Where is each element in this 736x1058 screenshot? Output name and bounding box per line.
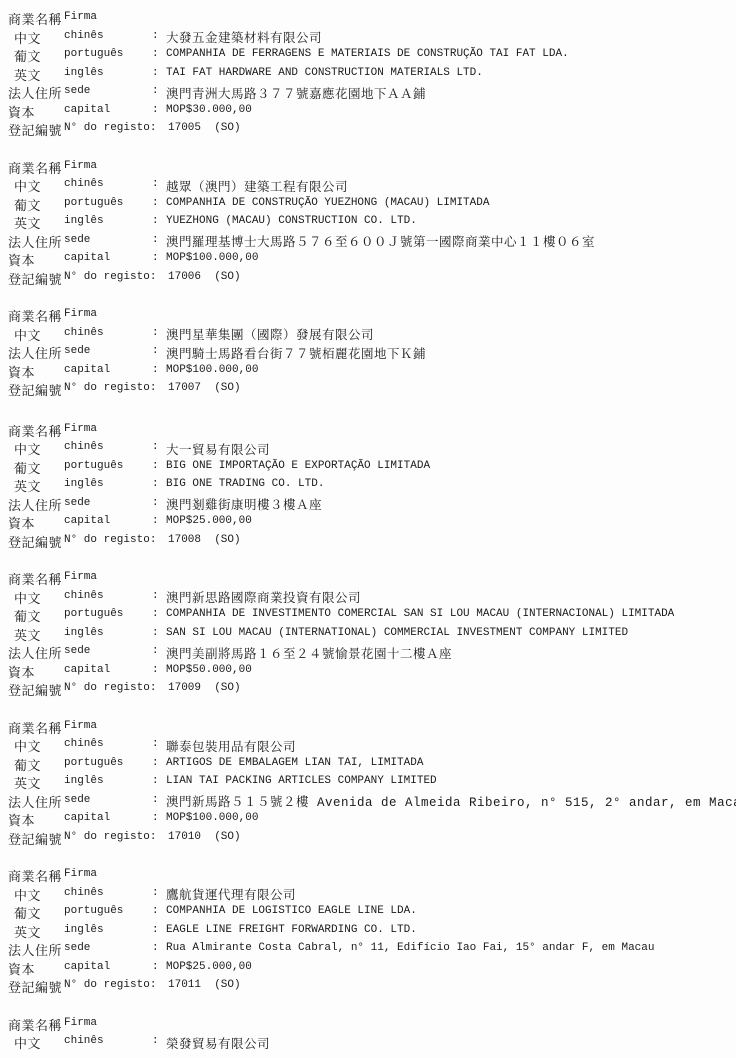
- field-label-pt: Firma: [64, 1017, 97, 1029]
- field-value: COMPANHIA DE CONSTRUÇÃO YUEZHONG (MACAU)…: [166, 197, 489, 209]
- field-row-firma: 商業名稱Firma: [0, 1014, 736, 1033]
- colon-separator: :: [152, 794, 159, 806]
- field-value: MOP$100.000,00: [166, 252, 258, 264]
- field-label-pt: N° do registo:: [64, 682, 156, 694]
- colon-separator: :: [152, 961, 159, 973]
- field-value: 17011 (SO): [168, 979, 241, 991]
- colon-separator: :: [152, 478, 159, 490]
- field-value: MOP$50.000,00: [166, 664, 252, 676]
- field-row-portuguese: 葡文português:COMPANHIA DE LOGISTICO EAGLE…: [0, 902, 736, 921]
- field-label-zh: 商業名稱: [8, 569, 62, 588]
- field-label-zh: 葡文: [14, 606, 41, 625]
- field-value: 越眾（澳門）建築工程有限公司: [166, 177, 348, 195]
- field-row-capital: 資本capital:MOP$100.000,00: [0, 361, 736, 380]
- colon-separator: :: [152, 178, 159, 190]
- registry-entry: 商業名稱Firma中文chinês:大發五金建築材料有限公司葡文portuguê…: [0, 8, 736, 138]
- field-label-pt: sede: [64, 645, 90, 657]
- field-row-capital: 資本capital:MOP$25.000,00: [0, 958, 736, 977]
- field-label-pt: inglês: [64, 67, 104, 79]
- field-row-registo: 登記編號N° do registo:17011 (SO): [0, 976, 736, 995]
- field-value: 澳門剗雞街康明樓３樓Ａ座: [166, 495, 322, 513]
- field-label-pt: capital: [64, 515, 110, 527]
- field-row-sede: 法人住所sede:澳門美副將馬路１６至２４號愉景花園十二樓Ａ座: [0, 642, 736, 661]
- field-label-zh: 中文: [14, 1033, 41, 1052]
- field-label-zh: 葡文: [14, 46, 41, 65]
- field-label-zh: 法人住所: [8, 232, 62, 251]
- registry-entry: 商業名稱Firma中文chinês:澳門新思路國際商業投資有限公司葡文portu…: [0, 568, 736, 698]
- field-label-zh: 登記編號: [8, 269, 62, 288]
- field-label-pt: chinês: [64, 441, 104, 453]
- field-label-pt: português: [64, 48, 123, 60]
- field-value: 17005 (SO): [168, 122, 241, 134]
- field-label-zh: 法人住所: [8, 495, 62, 514]
- field-row-firma: 商業名稱Firma: [0, 8, 736, 27]
- field-row-registo: 登記編號N° do registo:17006 (SO): [0, 268, 736, 287]
- field-label-zh: 資本: [8, 250, 35, 269]
- business-registry-document: 商業名稱Firma中文chinês:大發五金建築材料有限公司葡文portuguê…: [0, 0, 736, 1051]
- field-value: MOP$25.000,00: [166, 515, 252, 527]
- field-label-zh: 英文: [14, 773, 41, 792]
- field-label-zh: 葡文: [14, 195, 41, 214]
- colon-separator: :: [152, 197, 159, 209]
- field-row-capital: 資本capital:MOP$50.000,00: [0, 661, 736, 680]
- field-label-zh: 法人住所: [8, 83, 62, 102]
- field-value: 澳門星華集團（國際）發展有限公司: [166, 325, 374, 343]
- field-label-pt: português: [64, 197, 123, 209]
- field-row-firma: 商業名稱Firma: [0, 865, 736, 884]
- field-row-portuguese: 葡文português:COMPANHIA DE FERRAGENS E MAT…: [0, 45, 736, 64]
- field-label-pt: português: [64, 460, 123, 472]
- field-label-pt: português: [64, 905, 123, 917]
- field-label-pt: N° do registo:: [64, 382, 156, 394]
- field-label-pt: sede: [64, 794, 90, 806]
- field-row-registo: 登記編號N° do registo:17010 (SO): [0, 828, 736, 847]
- field-label-zh: 商業名稱: [8, 421, 62, 440]
- field-row-portuguese: 葡文português:ARTIGOS DE EMBALAGEM LIAN TA…: [0, 754, 736, 773]
- field-row-chinese: 中文chinês:榮發貿易有限公司: [0, 1032, 736, 1051]
- colon-separator: :: [152, 345, 159, 357]
- field-label-zh: 英文: [14, 65, 41, 84]
- field-label-zh: 英文: [14, 922, 41, 941]
- field-label-pt: Firma: [64, 308, 97, 320]
- colon-separator: :: [152, 234, 159, 246]
- field-label-pt: sede: [64, 234, 90, 246]
- field-value: MOP$100.000,00: [166, 364, 258, 376]
- field-row-firma: 商業名稱Firma: [0, 157, 736, 176]
- field-row-firma: 商業名稱Firma: [0, 568, 736, 587]
- field-label-pt: capital: [64, 812, 110, 824]
- field-value: 17010 (SO): [168, 831, 241, 843]
- field-label-zh: 登記編號: [8, 977, 62, 996]
- field-row-sede: 法人住所sede:澳門青洲大馬路３７７號嘉應花園地下ＡＡ鋪: [0, 82, 736, 101]
- field-row-registo: 登記編號N° do registo:17009 (SO): [0, 679, 736, 698]
- field-value: BIG ONE TRADING CO. LTD.: [166, 478, 324, 490]
- field-label-pt: inglês: [64, 478, 104, 490]
- field-label-pt: Firma: [64, 11, 97, 23]
- field-row-portuguese: 葡文português:COMPANHIA DE INVESTIMENTO CO…: [0, 605, 736, 624]
- field-row-english: 英文inglês:TAI FAT HARDWARE AND CONSTRUCTI…: [0, 64, 736, 83]
- field-label-zh: 商業名稱: [8, 9, 62, 28]
- field-label-pt: capital: [64, 664, 110, 676]
- colon-separator: :: [152, 905, 159, 917]
- field-label-pt: N° do registo:: [64, 831, 156, 843]
- field-label-pt: Firma: [64, 423, 97, 435]
- field-label-zh: 資本: [8, 102, 35, 121]
- field-value: COMPANHIA DE FERRAGENS E MATERIAIS DE CO…: [166, 48, 569, 60]
- colon-separator: :: [152, 608, 159, 620]
- field-row-chinese: 中文chinês:聯泰包裝用品有限公司: [0, 735, 736, 754]
- field-value: 聯泰包裝用品有限公司: [166, 737, 296, 755]
- field-row-sede: 法人住所sede:澳門騎士馬路看台街７７號栢麗花園地下Ｋ鋪: [0, 342, 736, 361]
- field-label-zh: 登記編號: [8, 532, 62, 551]
- field-label-zh: 英文: [14, 476, 41, 495]
- field-row-sede: 法人住所sede:澳門羅理基博士大馬路５７６至６００Ｊ號第一國際商業中心１１樓０…: [0, 231, 736, 250]
- colon-separator: :: [152, 887, 159, 899]
- field-value: 澳門新思路國際商業投資有限公司: [166, 588, 361, 606]
- colon-separator: :: [152, 364, 159, 376]
- field-label-zh: 資本: [8, 662, 35, 681]
- field-row-chinese: 中文chinês:鷹航貨運代理有限公司: [0, 884, 736, 903]
- field-value: SAN SI LOU MACAU (INTERNATIONAL) COMMERC…: [166, 627, 628, 639]
- field-label-pt: chinês: [64, 178, 104, 190]
- field-label-zh: 登記編號: [8, 680, 62, 699]
- colon-separator: :: [152, 215, 159, 227]
- field-row-capital: 資本capital:MOP$25.000,00: [0, 512, 736, 531]
- field-label-pt: capital: [64, 961, 110, 973]
- colon-separator: :: [152, 942, 159, 954]
- field-row-english: 英文inglês:BIG ONE TRADING CO. LTD.: [0, 475, 736, 494]
- field-value: YUEZHONG (MACAU) CONSTRUCTION CO. LTD.: [166, 215, 417, 227]
- field-row-portuguese: 葡文português:COMPANHIA DE CONSTRUÇÃO YUEZ…: [0, 194, 736, 213]
- field-row-chinese: 中文chinês:澳門星華集團（國際）發展有限公司: [0, 324, 736, 343]
- field-label-zh: 商業名稱: [8, 866, 62, 885]
- field-value: EAGLE LINE FREIGHT FORWARDING CO. LTD.: [166, 924, 417, 936]
- field-value: 榮發貿易有限公司: [166, 1034, 270, 1052]
- colon-separator: :: [152, 48, 159, 60]
- field-row-capital: 資本capital:MOP$100.000,00: [0, 249, 736, 268]
- field-label-zh: 資本: [8, 959, 35, 978]
- field-value: LIAN TAI PACKING ARTICLES COMPANY LIMITE…: [166, 775, 437, 787]
- field-value: 大一貿易有限公司: [166, 440, 270, 458]
- field-value: 大發五金建築材料有限公司: [166, 28, 322, 46]
- colon-separator: :: [152, 441, 159, 453]
- colon-separator: :: [152, 738, 159, 750]
- field-label-zh: 葡文: [14, 458, 41, 477]
- field-value: 17006 (SO): [168, 271, 241, 283]
- field-label-zh: 法人住所: [8, 940, 62, 959]
- field-label-pt: chinês: [64, 887, 104, 899]
- field-row-capital: 資本capital:MOP$30.000,00: [0, 101, 736, 120]
- field-label-zh: 中文: [14, 176, 41, 195]
- field-label-pt: sede: [64, 345, 90, 357]
- field-row-firma: 商業名稱Firma: [0, 717, 736, 736]
- registry-entry: 商業名稱Firma中文chinês:澳門星華集團（國際）發展有限公司法人住所se…: [0, 305, 736, 398]
- colon-separator: :: [152, 812, 159, 824]
- field-value: 17009 (SO): [168, 682, 241, 694]
- field-label-pt: Firma: [64, 720, 97, 732]
- field-label-pt: capital: [64, 364, 110, 376]
- field-label-pt: N° do registo:: [64, 979, 156, 991]
- registry-entry: 商業名稱Firma中文chinês:榮發貿易有限公司: [0, 1014, 736, 1051]
- field-label-pt: chinês: [64, 738, 104, 750]
- colon-separator: :: [152, 627, 159, 639]
- colon-separator: :: [152, 590, 159, 602]
- field-row-portuguese: 葡文português:BIG ONE IMPORTAÇÃO E EXPORTA…: [0, 457, 736, 476]
- field-row-sede: 法人住所sede:澳門新馬路５１５號２樓 Avenida de Almeida …: [0, 791, 736, 810]
- field-label-zh: 登記編號: [8, 120, 62, 139]
- field-label-zh: 商業名稱: [8, 306, 62, 325]
- colon-separator: :: [152, 664, 159, 676]
- field-value: TAI FAT HARDWARE AND CONSTRUCTION MATERI…: [166, 67, 483, 79]
- field-value: MOP$100.000,00: [166, 812, 258, 824]
- field-row-capital: 資本capital:MOP$100.000,00: [0, 809, 736, 828]
- field-value: 鷹航貨運代理有限公司: [166, 885, 296, 903]
- field-label-pt: capital: [64, 104, 110, 116]
- colon-separator: :: [152, 104, 159, 116]
- field-row-english: 英文inglês:LIAN TAI PACKING ARTICLES COMPA…: [0, 772, 736, 791]
- field-value: 澳門羅理基博士大馬路５７６至６００Ｊ號第一國際商業中心１１樓０６室: [166, 232, 595, 250]
- field-label-pt: chinês: [64, 30, 104, 42]
- registry-entry: 商業名稱Firma中文chinês:聯泰包裝用品有限公司葡文português:…: [0, 717, 736, 847]
- field-label-pt: chinês: [64, 590, 104, 602]
- field-label-zh: 商業名稱: [8, 1015, 62, 1034]
- field-label-zh: 葡文: [14, 903, 41, 922]
- field-label-zh: 英文: [14, 625, 41, 644]
- field-label-zh: 商業名稱: [8, 718, 62, 737]
- field-label-zh: 法人住所: [8, 343, 62, 362]
- field-value: MOP$30.000,00: [166, 104, 252, 116]
- field-label-pt: inglês: [64, 215, 104, 227]
- field-label-zh: 法人住所: [8, 643, 62, 662]
- colon-separator: :: [152, 67, 159, 79]
- field-value: 17008 (SO): [168, 534, 241, 546]
- field-row-chinese: 中文chinês:大發五金建築材料有限公司: [0, 27, 736, 46]
- colon-separator: :: [152, 30, 159, 42]
- colon-separator: :: [152, 327, 159, 339]
- field-value: Rua Almirante Costa Cabral, n° 11, Edifí…: [166, 942, 654, 954]
- field-value: BIG ONE IMPORTAÇÃO E EXPORTAÇÃO LIMITADA: [166, 460, 430, 472]
- field-label-zh: 中文: [14, 885, 41, 904]
- field-row-sede: 法人住所sede:澳門剗雞街康明樓３樓Ａ座: [0, 494, 736, 513]
- field-row-chinese: 中文chinês:越眾（澳門）建築工程有限公司: [0, 175, 736, 194]
- field-label-pt: sede: [64, 942, 90, 954]
- field-label-pt: português: [64, 608, 123, 620]
- colon-separator: :: [152, 460, 159, 472]
- field-label-pt: Firma: [64, 868, 97, 880]
- field-label-pt: sede: [64, 497, 90, 509]
- field-label-zh: 中文: [14, 736, 41, 755]
- colon-separator: :: [152, 775, 159, 787]
- field-value: COMPANHIA DE LOGISTICO EAGLE LINE LDA.: [166, 905, 417, 917]
- field-row-registo: 登記編號N° do registo:17005 (SO): [0, 119, 736, 138]
- registry-entry: 商業名稱Firma中文chinês:大一貿易有限公司葡文português:BI…: [0, 420, 736, 550]
- field-row-english: 英文inglês:SAN SI LOU MACAU (INTERNATIONAL…: [0, 624, 736, 643]
- field-label-pt: inglês: [64, 775, 104, 787]
- field-label-pt: N° do registo:: [64, 271, 156, 283]
- field-label-zh: 中文: [14, 325, 41, 344]
- field-label-zh: 法人住所: [8, 792, 62, 811]
- field-value: 澳門新馬路５１５號２樓 Avenida de Almeida Ribeiro, …: [166, 792, 736, 810]
- colon-separator: :: [152, 515, 159, 527]
- field-label-zh: 中文: [14, 439, 41, 458]
- field-label-zh: 中文: [14, 588, 41, 607]
- field-value: 澳門美副將馬路１６至２４號愉景花園十二樓Ａ座: [166, 644, 452, 662]
- field-row-registo: 登記編號N° do registo:17007 (SO): [0, 379, 736, 398]
- colon-separator: :: [152, 252, 159, 264]
- field-label-zh: 資本: [8, 513, 35, 532]
- field-label-pt: N° do registo:: [64, 122, 156, 134]
- colon-separator: :: [152, 85, 159, 97]
- field-value: 澳門青洲大馬路３７７號嘉應花園地下ＡＡ鋪: [166, 84, 426, 102]
- field-value: COMPANHIA DE INVESTIMENTO COMERCIAL SAN …: [166, 608, 674, 620]
- field-value: 澳門騎士馬路看台街７７號栢麗花園地下Ｋ鋪: [166, 344, 426, 362]
- field-label-zh: 登記編號: [8, 829, 62, 848]
- field-label-pt: sede: [64, 85, 90, 97]
- field-row-firma: 商業名稱Firma: [0, 420, 736, 439]
- colon-separator: :: [152, 924, 159, 936]
- registry-entry: 商業名稱Firma中文chinês:鷹航貨運代理有限公司葡文português:…: [0, 865, 736, 995]
- field-row-sede: 法人住所sede:Rua Almirante Costa Cabral, n° …: [0, 939, 736, 958]
- field-row-registo: 登記編號N° do registo:17008 (SO): [0, 531, 736, 550]
- field-label-pt: inglês: [64, 924, 104, 936]
- field-label-pt: chinês: [64, 1035, 104, 1047]
- field-label-pt: Firma: [64, 571, 97, 583]
- field-value: MOP$25.000,00: [166, 961, 252, 973]
- field-row-chinese: 中文chinês:大一貿易有限公司: [0, 438, 736, 457]
- colon-separator: :: [152, 1035, 159, 1047]
- colon-separator: :: [152, 757, 159, 769]
- field-label-pt: capital: [64, 252, 110, 264]
- field-value: 17007 (SO): [168, 382, 241, 394]
- field-label-zh: 資本: [8, 362, 35, 381]
- field-row-chinese: 中文chinês:澳門新思路國際商業投資有限公司: [0, 587, 736, 606]
- field-row-english: 英文inglês:YUEZHONG (MACAU) CONSTRUCTION C…: [0, 212, 736, 231]
- registry-entry: 商業名稱Firma中文chinês:越眾（澳門）建築工程有限公司葡文portug…: [0, 157, 736, 287]
- field-label-pt: português: [64, 757, 123, 769]
- field-label-zh: 葡文: [14, 755, 41, 774]
- field-label-zh: 中文: [14, 28, 41, 47]
- field-label-pt: inglês: [64, 627, 104, 639]
- colon-separator: :: [152, 645, 159, 657]
- field-label-zh: 登記編號: [8, 380, 62, 399]
- field-label-pt: N° do registo:: [64, 534, 156, 546]
- field-label-pt: Firma: [64, 160, 97, 172]
- field-row-english: 英文inglês:EAGLE LINE FREIGHT FORWARDING C…: [0, 921, 736, 940]
- field-label-zh: 英文: [14, 213, 41, 232]
- field-label-zh: 資本: [8, 810, 35, 829]
- colon-separator: :: [152, 497, 159, 509]
- field-label-zh: 商業名稱: [8, 158, 62, 177]
- field-label-pt: chinês: [64, 327, 104, 339]
- field-value: ARTIGOS DE EMBALAGEM LIAN TAI, LIMITADA: [166, 757, 423, 769]
- field-row-firma: 商業名稱Firma: [0, 305, 736, 324]
